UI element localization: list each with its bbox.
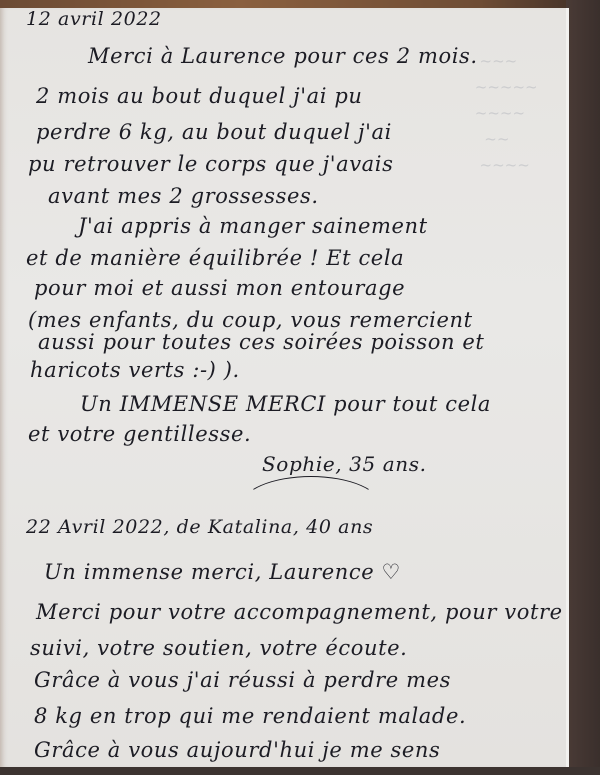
entry-line: et de manière équilibrée ! Et cela xyxy=(26,246,404,270)
show-through-text: ~~~ ~~~~~ ~~~~ ~~ ~~~~ xyxy=(470,48,538,178)
background-bottom-edge xyxy=(0,767,600,775)
entry-line: J'ai appris à manger sainement xyxy=(78,214,428,238)
entry-line: et votre gentillesse. xyxy=(28,422,251,446)
entry-line: 8 kg en trop qui me rendaient malade. xyxy=(34,704,466,728)
entry-line: 2 mois au bout duquel j'ai pu xyxy=(36,84,363,108)
entry-date: 12 avril 2022 xyxy=(26,8,162,30)
entry-line: aussi pour toutes ces soirées poisson et xyxy=(38,330,484,354)
entry-line: Merci pour votre accompagnement, pour vo… xyxy=(36,600,563,624)
entry-line: perdre 6 kg, au bout duquel j'ai xyxy=(36,120,392,144)
entry-line: Grâce à vous aujourd'hui je me sens xyxy=(34,738,440,762)
entry-line: suivi, votre soutien, votre écoute. xyxy=(30,636,407,660)
page-edge xyxy=(566,8,569,767)
entry-line: pu retrouver le corps que j'avais xyxy=(28,152,393,176)
entry-line: Grâce à vous j'ai réussi à perdre mes xyxy=(34,668,451,692)
entry-line: haricots verts :-) ). xyxy=(30,358,240,382)
entry-line: Un immense merci, Laurence ♡ xyxy=(44,560,401,584)
background-dark-edge xyxy=(566,0,600,775)
entry-line: (mes enfants, du coup, vous remercient xyxy=(28,308,473,332)
entry-date: 22 Avril 2022, de Katalina, 40 ans xyxy=(26,516,373,538)
entry-line: Un IMMENSE MERCI pour tout cela xyxy=(80,392,491,416)
entry-line: Merci à Laurence pour ces 2 mois. xyxy=(88,44,478,68)
entry-line: avant mes 2 grossesses. xyxy=(48,184,319,208)
signature: Sophie, 35 ans. xyxy=(262,452,427,476)
notebook-page: ~~~ ~~~~~ ~~~~ ~~ ~~~~ 12 avril 2022 Mer… xyxy=(0,8,566,767)
entry-line: pour moi et aussi mon entourage xyxy=(34,276,405,300)
